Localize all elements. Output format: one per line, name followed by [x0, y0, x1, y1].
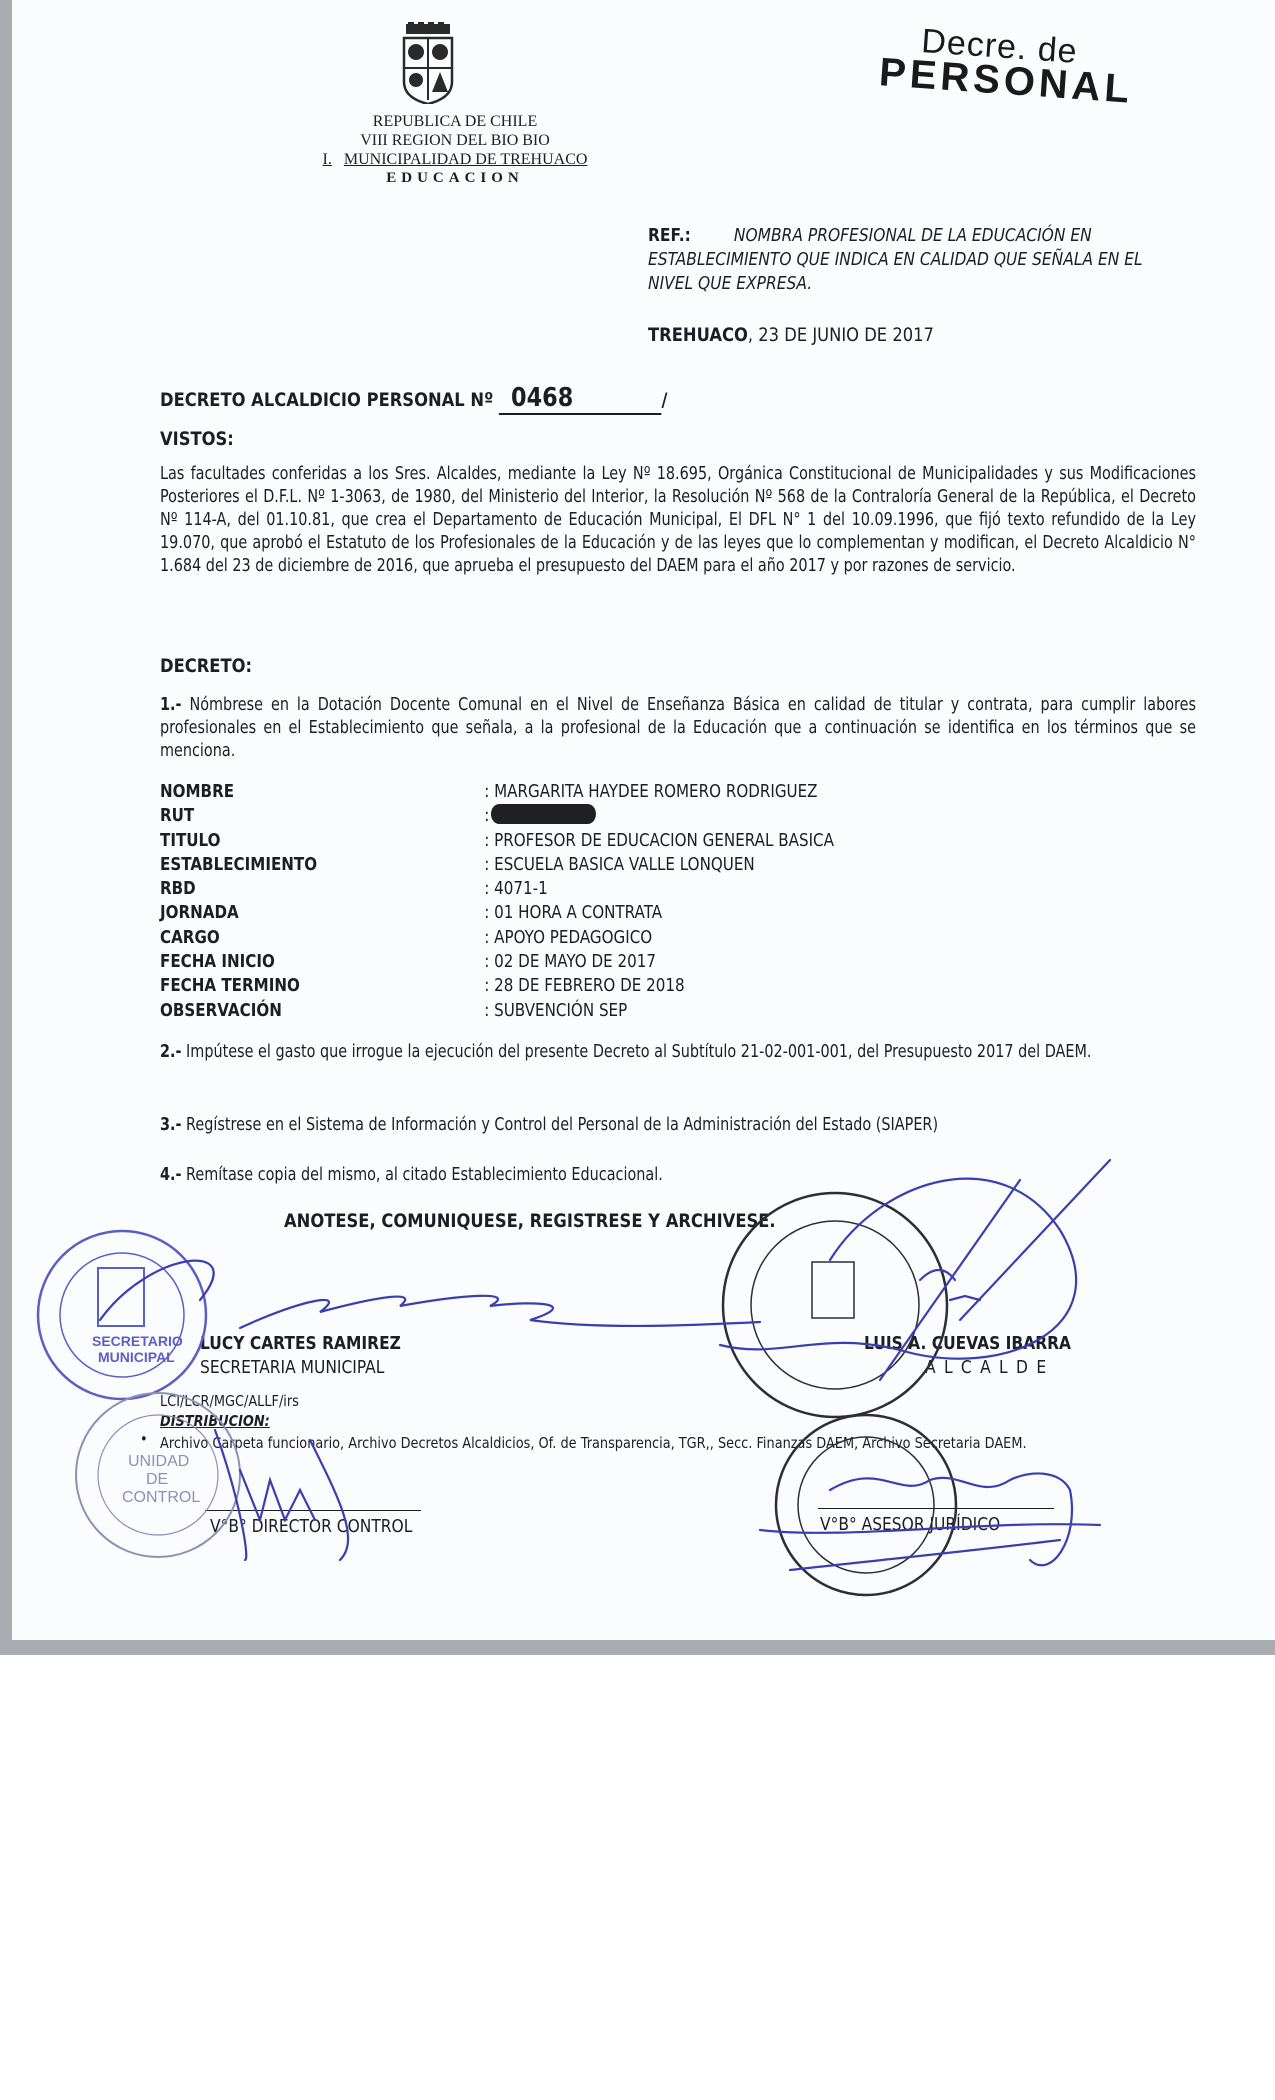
field-row: CARGO: APOYO PEDAGOGICO — [160, 926, 834, 950]
decree-number-value: 0468 — [499, 383, 662, 415]
reference-text: NOMBRA PROFESIONAL DE LA EDUCACIÓN EN ES… — [648, 225, 1143, 294]
field-value: : PROFESOR DE EDUCACION GENERAL BASICA — [484, 829, 834, 853]
field-label: RUT — [160, 804, 484, 828]
field-label: RBD — [160, 877, 484, 901]
field-row: JORNADA: 01 HORA A CONTRATA — [160, 901, 834, 925]
letterhead-municipality: I. MUNICIPALIDAD DE TREHUACO — [300, 150, 610, 169]
field-label: FECHA TERMINO — [160, 974, 484, 998]
field-value: : 02 DE MAYO DE 2017 — [484, 950, 656, 974]
field-label: JORNADA — [160, 901, 484, 925]
field-label: OBSERVACIÓN — [160, 999, 484, 1023]
field-label: NOMBRE — [160, 780, 484, 804]
mayor-name: LUIS A. CUEVAS IBARRA — [864, 1333, 1071, 1354]
secretary-role: SECRETARIA MUNICIPAL — [200, 1357, 384, 1378]
field-value: : 01 HORA A CONTRATA — [484, 901, 662, 925]
redaction-mark — [491, 804, 596, 824]
control-role: V°B° DIRECTOR CONTROL — [210, 1516, 412, 1537]
control-signature-line — [205, 1510, 421, 1511]
field-row: RUT: — [160, 804, 834, 828]
letterhead-department: EDUCACION — [300, 169, 610, 188]
decree-item-2: 2.- Impútese el gasto que irrogue la eje… — [160, 1040, 1196, 1063]
field-row: NOMBRE: MARGARITA HAYDEE ROMERO RODRIGUE… — [160, 780, 834, 804]
letterhead-country: REPUBLICA DE CHILE — [300, 112, 610, 131]
legal-signature-line — [818, 1508, 1054, 1509]
vistos-heading: VISTOS: — [160, 428, 234, 450]
distribution-label: DISTRIBUCION: — [160, 1412, 270, 1430]
decree-item-4: 4.- Remítase copia del mismo, al citado … — [160, 1163, 1196, 1186]
decree-item-3: 3.- Regístrese en el Sistema de Informac… — [160, 1113, 1196, 1136]
field-value: : 28 DE FEBRERO DE 2018 — [484, 974, 684, 998]
place-date: TREHUACO, 23 DE JUNIO DE 2017 — [648, 324, 934, 346]
letterhead-region: VIII REGION DEL BIO BIO — [300, 131, 610, 150]
reference-block: REF.:NOMBRA PROFESIONAL DE LA EDUCACIÓN … — [648, 224, 1178, 296]
field-value: : MARGARITA HAYDEE ROMERO RODRIGUEZ — [484, 780, 817, 804]
distribution-text: Archivo Carpeta funcionario, Archivo Dec… — [160, 1434, 1027, 1452]
letterhead: REPUBLICA DE CHILE VIII REGION DEL BIO B… — [300, 112, 610, 188]
decreto-heading: DECRETO: — [160, 655, 252, 677]
field-row: OBSERVACIÓN: SUBVENCIÓN SEP — [160, 999, 834, 1023]
vistos-text: Las facultades conferidas a los Sres. Al… — [160, 462, 1196, 577]
coat-of-arms-icon — [398, 22, 458, 104]
field-label: ESTABLECIMIENTO — [160, 853, 484, 877]
field-label: CARGO — [160, 926, 484, 950]
field-label: TITULO — [160, 829, 484, 853]
decree-item-1: 1.- Nómbrese en la Dotación Docente Comu… — [160, 693, 1196, 762]
field-row: RBD: 4071-1 — [160, 877, 834, 901]
decree-number: DECRETO ALCALDICIO PERSONAL Nº 0468/ — [160, 383, 668, 415]
field-value: : APOYO PEDAGOGICO — [484, 926, 652, 950]
field-row: FECHA INICIO: 02 DE MAYO DE 2017 — [160, 950, 834, 974]
field-row: FECHA TERMINO: 28 DE FEBRERO DE 2018 — [160, 974, 834, 998]
reference-label: REF.: — [648, 225, 691, 246]
field-row: ESTABLECIMIENTO: ESCUELA BASICA VALLE LO… — [160, 853, 834, 877]
secretary-name: LUCY CARTES RAMIREZ — [200, 1333, 401, 1354]
field-value: : SUBVENCIÓN SEP — [484, 999, 627, 1023]
closing-formula: ANOTESE, COMUNIQUESE, REGISTRESE Y ARCHI… — [284, 1210, 776, 1232]
field-value: : 4071-1 — [484, 877, 547, 901]
initials: LCI/LCR/MGC/ALLF/irs — [160, 1392, 299, 1410]
field-label: FECHA INICIO — [160, 950, 484, 974]
appointee-fields: NOMBRE: MARGARITA HAYDEE ROMERO RODRIGUE… — [160, 780, 834, 1023]
distribution-bullet: • — [140, 1430, 148, 1448]
field-value: : — [484, 804, 489, 828]
legal-role: V°B° ASESOR JURÍDICO — [820, 1514, 1000, 1535]
field-row: TITULO: PROFESOR DE EDUCACION GENERAL BA… — [160, 829, 834, 853]
field-value: : ESCUELA BASICA VALLE LONQUEN — [484, 853, 754, 877]
mayor-role: A L C A L D E — [925, 1357, 1048, 1378]
